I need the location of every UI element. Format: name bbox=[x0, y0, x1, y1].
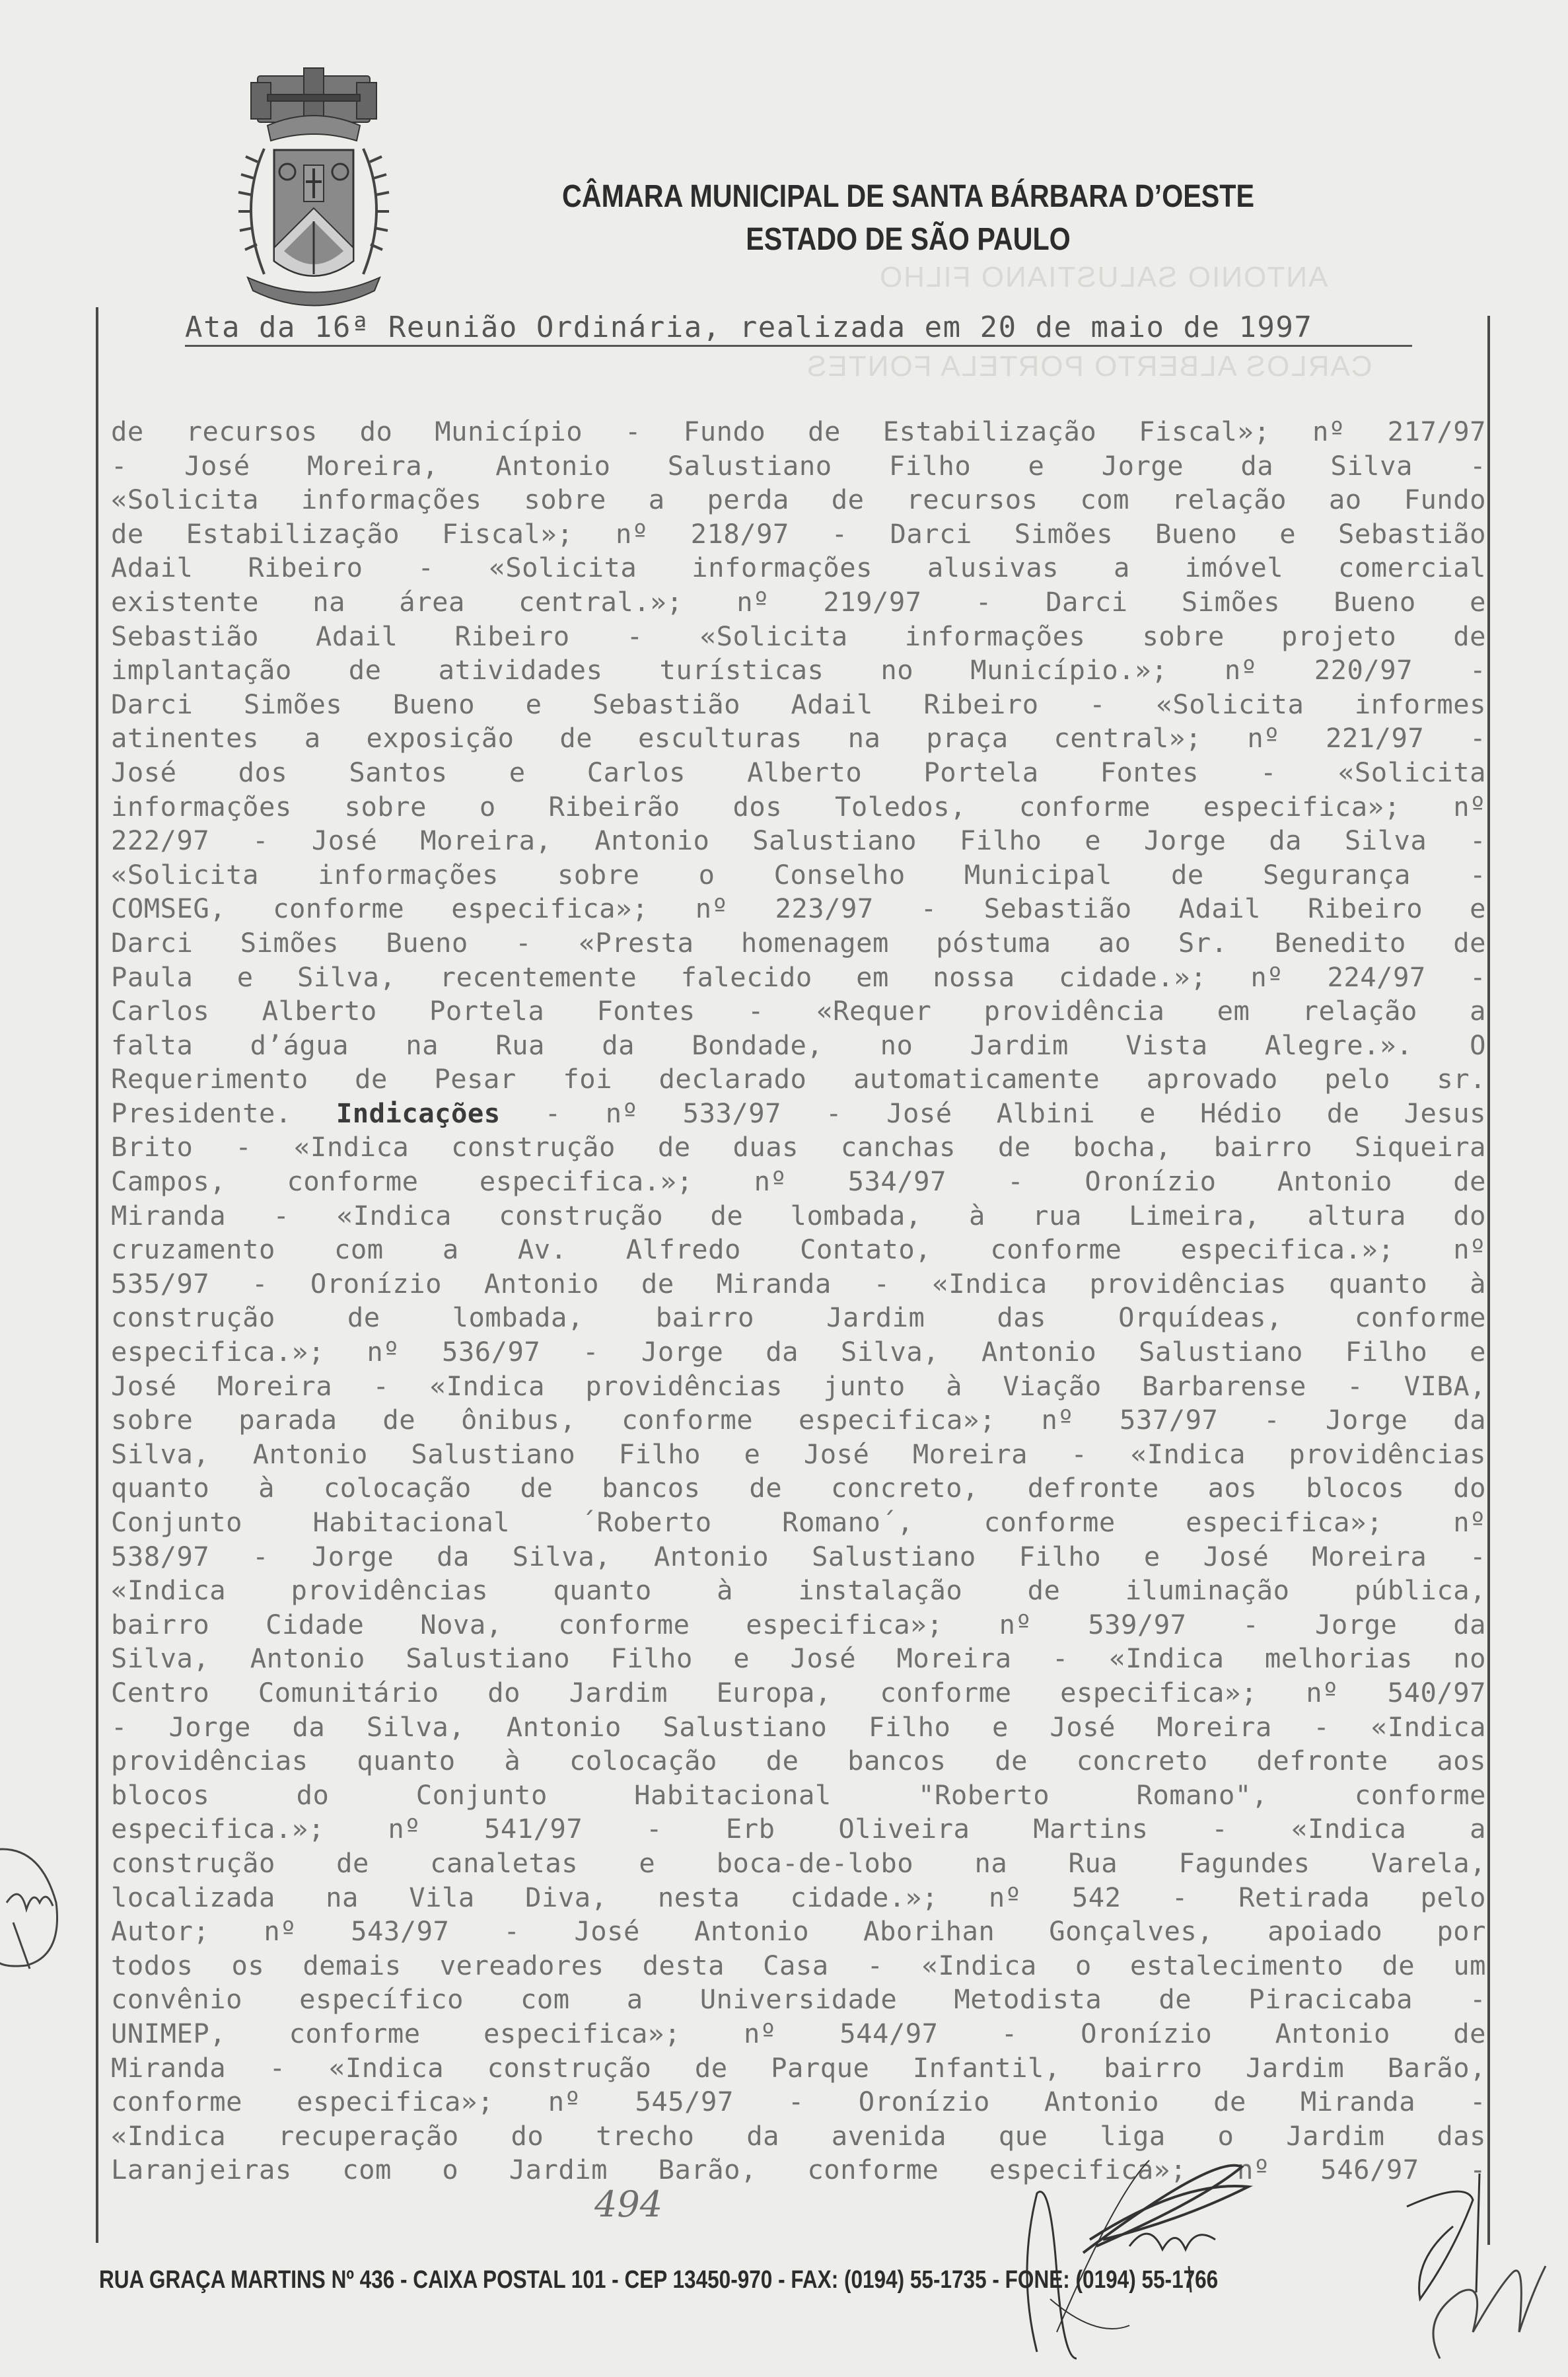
left-margin-initials-icon bbox=[0, 1823, 79, 1995]
municipal-coat-of-arms-icon bbox=[201, 63, 426, 311]
margin-signature-icon bbox=[1361, 2160, 1568, 2377]
minutes-text-line: «Indica providências quanto à instalação… bbox=[111, 1574, 1486, 1608]
minutes-text-line: Darci Simões Bueno e Sebastião Adail Rib… bbox=[111, 688, 1486, 722]
bleed-through-text: ANTONIO SALUSTIANO FILHO bbox=[878, 261, 1328, 294]
minutes-text-line: falta d’água na Rua da Bondade, no Jardi… bbox=[111, 1029, 1486, 1063]
minutes-text-line: «Solicita informações sobre o Conselho M… bbox=[111, 858, 1486, 893]
minutes-text-line: Centro Comunitário do Jardim Europa, con… bbox=[111, 1676, 1486, 1710]
minutes-text-line: Miranda - «Indica construção de lombada,… bbox=[111, 1199, 1486, 1233]
minutes-text-line: localizada na Vila Diva, nesta cidade.»;… bbox=[111, 1881, 1486, 1915]
minutes-text-line: de Estabilização Fiscal»; nº 218/97 - Da… bbox=[111, 517, 1486, 552]
minutes-text-line: Silva, Antonio Salustiano Filho e José M… bbox=[111, 1438, 1486, 1472]
bottom-signature-icon bbox=[1017, 2140, 1361, 2372]
minutes-text-line: Silva, Antonio Salustiano Filho e José M… bbox=[111, 1642, 1486, 1676]
handwritten-page-number: 494 bbox=[594, 2183, 662, 2225]
minutes-text-line: Requerimento de Pesar foi declarado auto… bbox=[111, 1062, 1486, 1097]
minutes-text-line: especifica.»; nº 536/97 - Jorge da Silva… bbox=[111, 1335, 1486, 1370]
minutes-text-line: Brito - «Indica construção de duas canch… bbox=[111, 1130, 1486, 1165]
minutes-text-line: COMSEG, conforme especifica»; nº 223/97 … bbox=[111, 892, 1486, 926]
bleed-through-text: CARLOS ALBERTO PORTELA FONTES bbox=[806, 350, 1372, 383]
minutes-text-line: Carlos Alberto Portela Fontes - «Requer … bbox=[111, 994, 1486, 1029]
minutes-text-line: 222/97 - José Moreira, Antonio Salustian… bbox=[111, 824, 1486, 858]
minutes-text-line: Darci Simões Bueno - «Presta homenagem p… bbox=[111, 926, 1486, 961]
minutes-text-line: de recursos do Município - Fundo de Esta… bbox=[111, 415, 1486, 449]
frame-right-rule bbox=[1487, 316, 1490, 2245]
minutes-text-line: construção de canaletas e boca-de-lobo n… bbox=[111, 1847, 1486, 1881]
minutes-text-line: cruzamento com a Av. Alfredo Contato, co… bbox=[111, 1233, 1486, 1267]
minutes-text-line: convênio específico com a Universidade M… bbox=[111, 1983, 1486, 2017]
minutes-text-line: Conjunto Habitacional ´Roberto Romano´, … bbox=[111, 1506, 1486, 1540]
minutes-text-line: UNIMEP, conforme especifica»; nº 544/97 … bbox=[111, 2017, 1486, 2051]
document-title: Ata da 16ª Reunião Ordinária, realizada … bbox=[185, 311, 1427, 344]
minutes-text-line: Autor; nº 543/97 - José Antonio Aborihan… bbox=[111, 1915, 1486, 1949]
minutes-text-line: sobre parada de ônibus, conforme especif… bbox=[111, 1403, 1486, 1438]
minutes-text-line: Adail Ribeiro - «Solicita informações al… bbox=[111, 551, 1486, 585]
minutes-text-line: - Jorge da Silva, Antonio Salustiano Fil… bbox=[111, 1710, 1486, 1745]
minutes-text-line: Campos, conforme especifica.»; nº 534/97… bbox=[111, 1165, 1486, 1199]
minutes-text-line: existente na área central.»; nº 219/97 -… bbox=[111, 585, 1486, 620]
minutes-text-line: quanto à colocação de bancos de concreto… bbox=[111, 1471, 1486, 1506]
minutes-text-line: informações sobre o Ribeirão dos Toledos… bbox=[111, 790, 1486, 824]
minutes-text-line: atinentes a exposição de esculturas na p… bbox=[111, 721, 1486, 756]
footer-address: RUA GRAÇA MARTINS Nº 436 - CAIXA POSTAL … bbox=[99, 2266, 1262, 2294]
state-name: ESTADO DE SÃO PAULO bbox=[497, 221, 1320, 258]
institution-name: CÂMARA MUNICIPAL DE SANTA BÁRBARA D’OEST… bbox=[497, 178, 1320, 215]
minutes-body-text: de recursos do Município - Fundo de Esta… bbox=[111, 415, 1486, 2187]
minutes-text-line: José dos Santos e Carlos Alberto Portela… bbox=[111, 756, 1486, 790]
frame-left-rule bbox=[96, 307, 98, 2243]
minutes-text-line: Presidente. Indicações - nº 533/97 - Jos… bbox=[111, 1097, 1486, 1131]
minutes-text-line: 538/97 - Jorge da Silva, Antonio Salusti… bbox=[111, 1540, 1486, 1574]
minutes-text-line: José Moreira - «Indica providências junt… bbox=[111, 1370, 1486, 1404]
minutes-text-line: construção de lombada, bairro Jardim das… bbox=[111, 1301, 1486, 1335]
minutes-text-line: Miranda - «Indica construção de Parque I… bbox=[111, 2051, 1486, 2086]
minutes-text-line: bairro Cidade Nova, conforme especifica»… bbox=[111, 1608, 1486, 1642]
minutes-text-line: conforme especifica»; nº 545/97 - Oroníz… bbox=[111, 2085, 1486, 2119]
minutes-text-line: implantação de atividades turísticas no … bbox=[111, 653, 1486, 688]
minutes-text-line: Sebastião Adail Ribeiro - «Solicita info… bbox=[111, 620, 1486, 654]
minutes-text-line: «Solicita informações sobre a perda de r… bbox=[111, 483, 1486, 517]
title-underline bbox=[185, 345, 1412, 347]
minutes-text-line: todos os demais vereadores desta Casa - … bbox=[111, 1949, 1486, 1983]
document-page: ANTONIO SALUSTIANO FILHO CARLOS ALBERTO … bbox=[0, 0, 1568, 2377]
minutes-text-line: Paula e Silva, recentemente falecido em … bbox=[111, 961, 1486, 995]
minutes-text-line: - José Moreira, Antonio Salustiano Filho… bbox=[111, 449, 1486, 484]
minutes-text-line: especifica.»; nº 541/97 - Erb Oliveira M… bbox=[111, 1812, 1486, 1847]
minutes-text-line: 535/97 - Oronízio Antonio de Miranda - «… bbox=[111, 1267, 1486, 1301]
minutes-text-line: blocos do Conjunto Habitacional "Roberto… bbox=[111, 1778, 1486, 1813]
minutes-text-line: providências quanto à colocação de banco… bbox=[111, 1744, 1486, 1778]
